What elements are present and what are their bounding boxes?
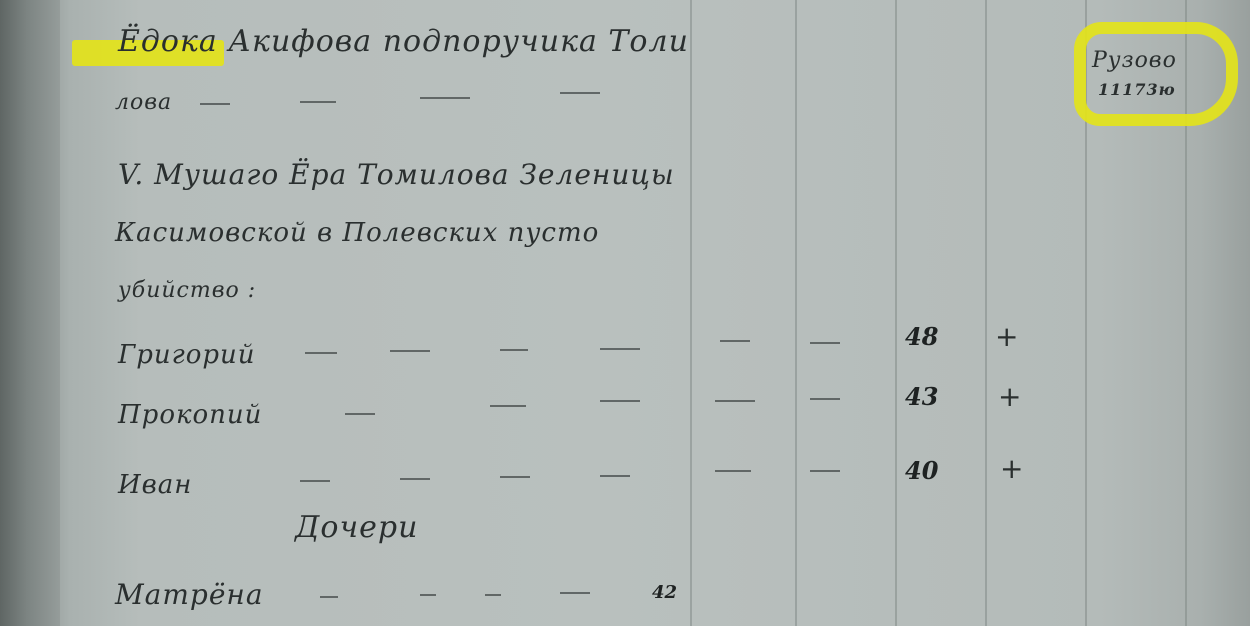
leader-dash: [490, 405, 526, 407]
leader-dash: [305, 352, 337, 354]
leader-dash: [400, 478, 430, 480]
entry-age: 40: [905, 456, 938, 485]
leader-dash: [600, 348, 640, 350]
leader-dash: [320, 596, 338, 598]
handwritten-line: V. Мушаго Ёра Томилова Зеленицы: [118, 158, 675, 191]
column-rule: [795, 0, 797, 626]
leader-dash: [715, 400, 755, 402]
column-rule: [985, 0, 987, 626]
leader-dash: [715, 470, 751, 472]
column-rule: [690, 0, 692, 626]
leader-dash: [810, 398, 840, 400]
leader-dash: [600, 475, 630, 477]
circled-note-line: 11173ю: [1098, 80, 1176, 99]
leader-dash: [500, 349, 528, 351]
manuscript-page: Ёдока Акифова подпоручика Толи лова V. М…: [0, 0, 1250, 626]
leader-dash: [420, 97, 470, 99]
leader-dash: [600, 400, 640, 402]
leader-dash: [390, 350, 430, 352]
entry-age: 48: [905, 322, 938, 351]
entry-check-mark: +: [995, 320, 1018, 353]
column-rule: [895, 0, 897, 626]
leader-dash: [200, 103, 230, 105]
leader-dash: [420, 594, 436, 596]
leader-dash: [560, 592, 590, 594]
entry-name: Иван: [118, 470, 192, 500]
leader-dash: [810, 342, 840, 344]
circled-annotation: [1074, 22, 1238, 126]
section-subheading: Дочери: [295, 510, 418, 545]
handwritten-line: лова: [115, 90, 172, 115]
leader-dash: [485, 594, 501, 596]
entry-age: 42: [652, 582, 677, 603]
entry-check-mark: +: [1000, 452, 1023, 485]
handwritten-line: Ёдока Акифова подпоручика Толи: [118, 24, 689, 59]
entry-check-mark: +: [998, 380, 1021, 413]
circled-note-line: Рузово: [1092, 48, 1177, 73]
entry-name: Григорий: [118, 340, 256, 370]
leader-dash: [345, 413, 375, 415]
leader-dash: [300, 480, 330, 482]
leader-dash: [810, 470, 840, 472]
handwritten-line: убийство :: [118, 278, 256, 303]
leader-dash: [300, 101, 336, 103]
leader-dash: [500, 476, 530, 478]
entry-name: Прокопий: [118, 400, 262, 430]
leader-dash: [560, 92, 600, 94]
handwritten-line: Касимовской в Полевских пусто: [115, 218, 599, 248]
book-spine-shadow: [0, 0, 60, 626]
entry-name: Матрёна: [115, 578, 264, 611]
leader-dash: [720, 340, 750, 342]
entry-age: 43: [905, 382, 938, 411]
